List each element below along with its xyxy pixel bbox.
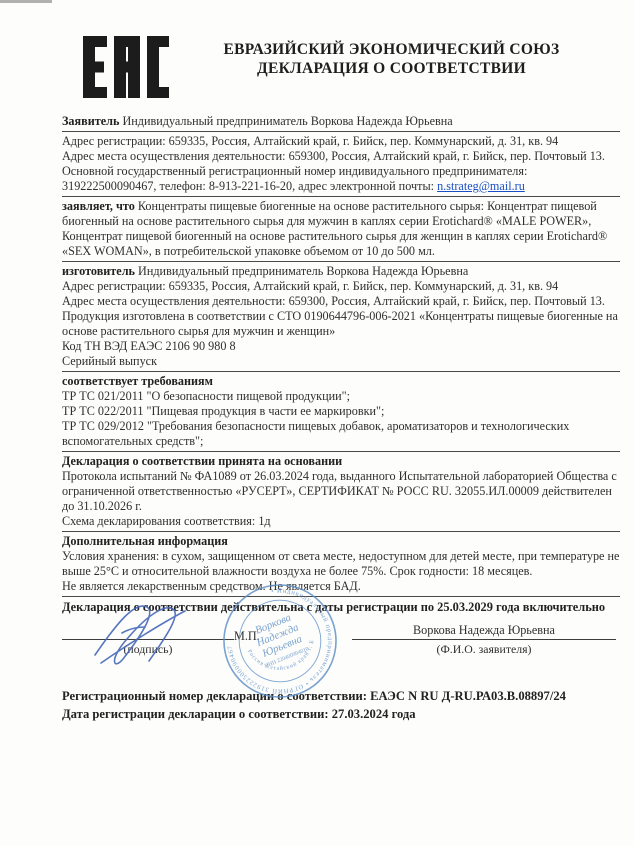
applicant-label: Заявитель [62,114,119,128]
signature-area: (подпись) М.П. • Индивидуальный предприн… [62,623,620,663]
compliance-label: соответствует требованиям [62,374,213,388]
manufacturer-address-registration: Адрес регистрации: 659335, Россия, Алтай… [62,279,620,294]
declares-label: заявляет, что [62,199,135,213]
title-declaration: ДЕКЛАРАЦИЯ О СООТВЕТСТВИИ [169,59,614,78]
section-applicant-details: Адрес регистрации: 659335, Россия, Алтай… [62,132,620,197]
applicant-fio-block: Воркова Надежда Юрьевна (Ф.И.О. заявител… [352,623,616,663]
registration-number: ЕАЭС N RU Д-RU.РА03.В.08897/24 [370,689,566,703]
registration-date: 27.03.2024 года [332,707,416,721]
applicant-ogrn-line: Основной государственный регистрационный… [62,164,620,194]
manufacturer-address-activity: Адрес места осуществления деятельности: … [62,294,620,309]
handwritten-signature [67,593,217,673]
not-medicine-note: Не является лекарственным средством. Не … [62,579,620,594]
basis-label: Декларация о соответствии принята на осн… [62,454,342,468]
section-declares: заявляет, что Концентраты пищевые биоген… [62,197,620,262]
registration-number-line: Регистрационный номер декларации о соотв… [62,687,620,705]
manufacturer-label: изготовитель [62,264,135,278]
declares-text: Концентраты пищевые биогенные на основе … [62,199,607,258]
registration-date-line: Дата регистрации декларации о соответств… [62,705,620,723]
section-compliance: соответствует требованиям ТР ТС 021/2011… [62,372,620,452]
basis-text: Протокола испытаний № ФА1089 от 26.03.20… [62,469,620,514]
declaration-scheme: Схема декларирования соответствия: 1д [62,514,620,529]
section-additional-info: Дополнительная информация Условия хранен… [62,532,620,597]
tn-ved-code: Код ТН ВЭД ЕАЭС 2106 90 980 8 [62,339,620,354]
scan-edge-artifact [0,0,52,3]
compliance-item-2: ТР ТС 022/2011 "Пищевая продукция в част… [62,404,620,419]
document-body: Заявитель Индивидуальный предприниматель… [0,98,634,723]
manufacturer-sto: Продукция изготовлена в соответствии с С… [62,309,620,339]
eac-mark-icon [83,36,169,98]
additional-label: Дополнительная информация [62,534,228,548]
applicant-address-registration: Адрес регистрации: 659335, Россия, Алтай… [62,134,620,149]
document-title: ЕВРАЗИЙСКИЙ ЭКОНОМИЧЕСКИЙ СОЮЗ ДЕКЛАРАЦИ… [169,36,614,78]
applicant-fio-caption: (Ф.И.О. заявителя) [352,640,616,657]
document-header: ЕВРАЗИЙСКИЙ ЭКОНОМИЧЕСКИЙ СОЮЗ ДЕКЛАРАЦИ… [0,0,634,98]
storage-conditions: Условия хранения: в сухом, защищенном от… [62,549,620,579]
round-stamp: • Индивидуальный предприниматель • ОГРНИ… [220,581,340,701]
compliance-item-3: ТР ТС 029/2012 "Требования безопасности … [62,419,620,449]
section-basis: Декларация о соответствии принята на осн… [62,452,620,532]
manufacturer-name: Индивидуальный предприниматель Воркова Н… [138,264,468,278]
registration-block: Регистрационный номер декларации о соотв… [62,687,620,723]
declaration-document: ЕВРАЗИЙСКИЙ ЭКОНОМИЧЕСКИЙ СОЮЗ ДЕКЛАРАЦИ… [0,0,634,846]
compliance-item-1: ТР ТС 021/2011 "О безопасности пищевой п… [62,389,620,404]
section-applicant-name: Заявитель Индивидуальный предприниматель… [62,112,620,132]
declares-paragraph: заявляет, что Концентраты пищевые биоген… [62,199,620,259]
title-union: ЕВРАЗИЙСКИЙ ЭКОНОМИЧЕСКИЙ СОЮЗ [169,40,614,59]
section-manufacturer: изготовитель Индивидуальный предпринимат… [62,262,620,372]
serial-release: Серийный выпуск [62,354,620,369]
applicant-fio: Воркова Надежда Юрьевна [352,623,616,640]
applicant-name-line: Заявитель Индивидуальный предприниматель… [62,114,620,129]
applicant-email-link[interactable]: n.strateg@mail.ru [437,179,525,193]
applicant-address-activity: Адрес места осуществления деятельности: … [62,149,620,164]
manufacturer-name-line: изготовитель Индивидуальный предпринимат… [62,264,620,279]
applicant-name: Индивидуальный предприниматель Воркова Н… [122,114,452,128]
